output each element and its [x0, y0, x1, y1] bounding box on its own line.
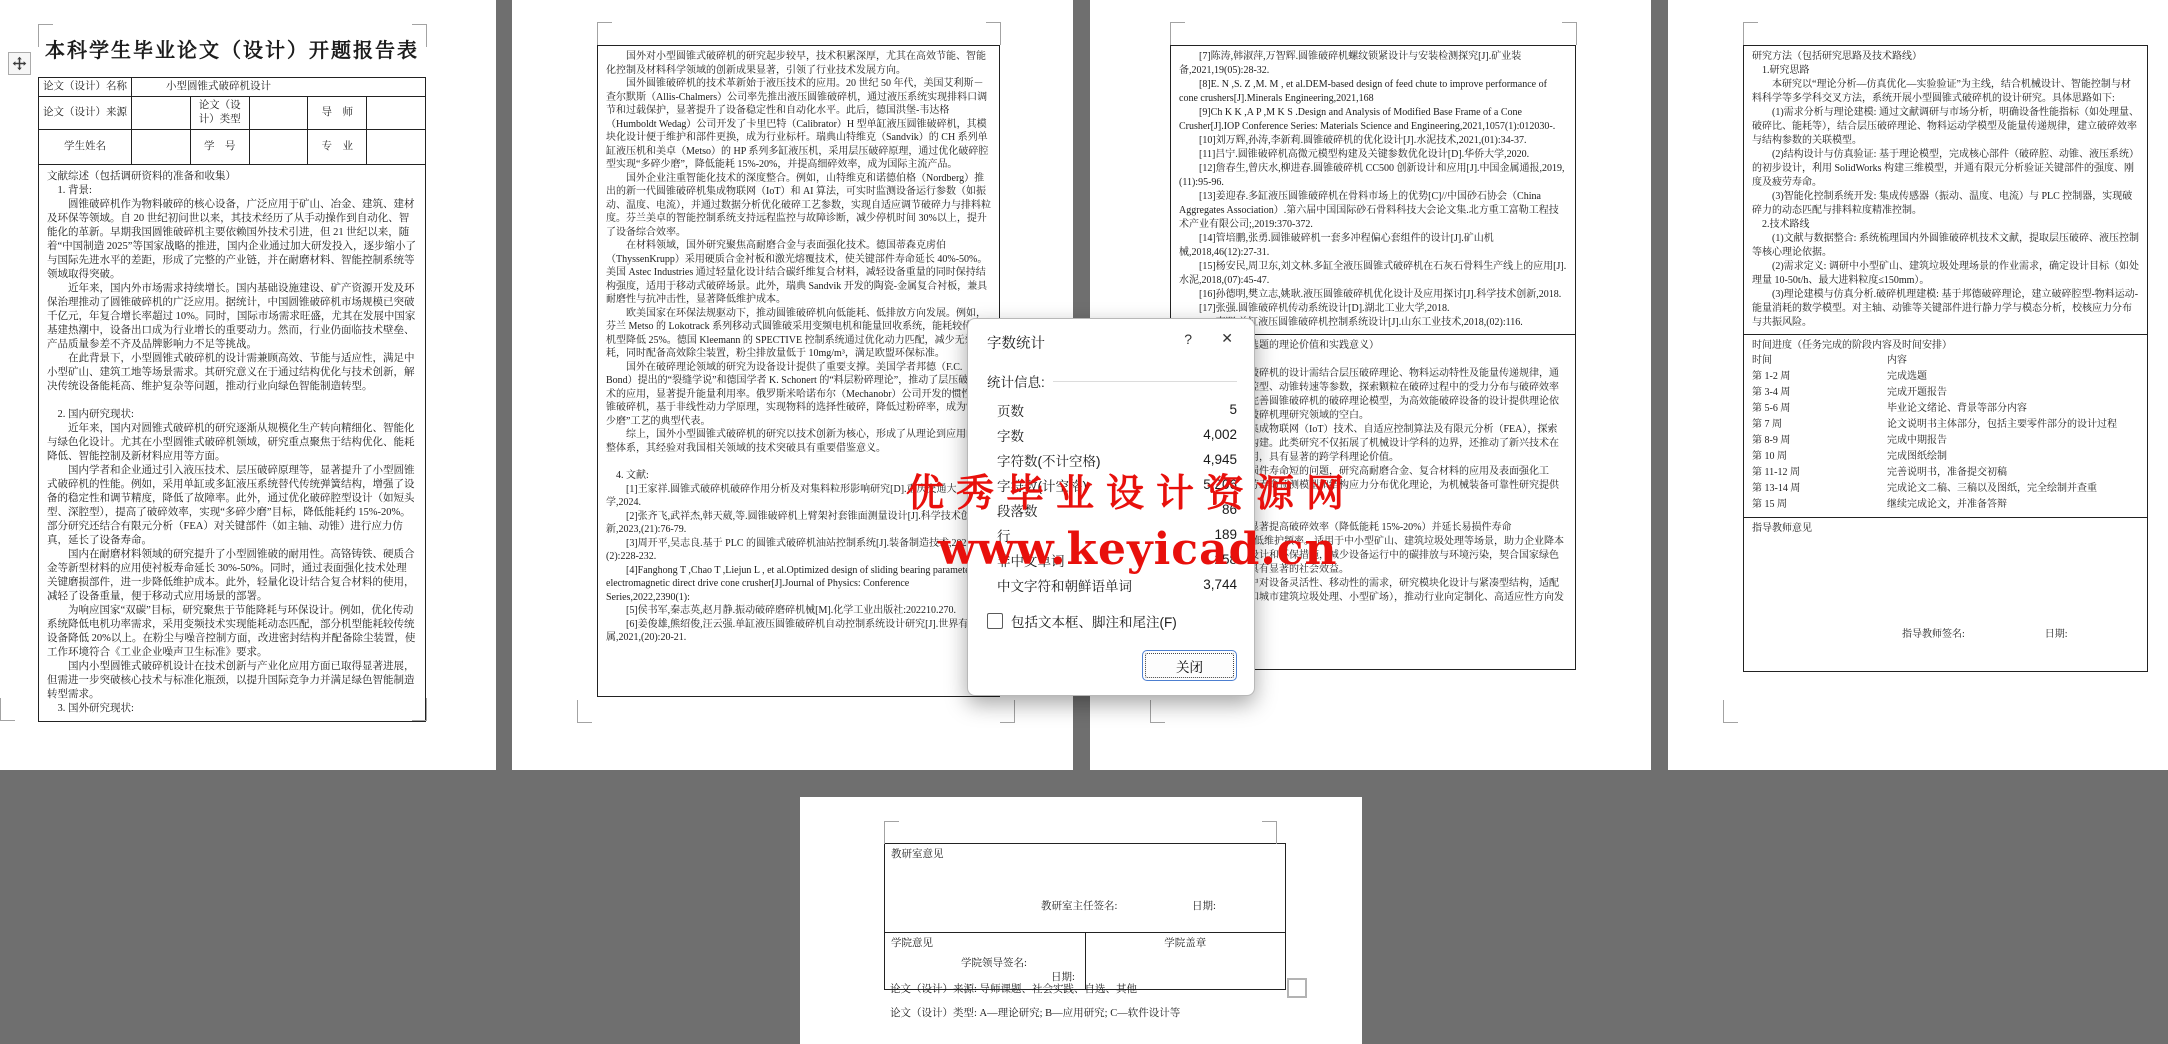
foreign-research-cell[interactable]: 国外对小型圆锥式破碎机的研究起步较早，技术积累深厚，尤其在高效节能、智能化控制及… [597, 45, 1000, 697]
close-button[interactable]: 关闭 [1142, 650, 1237, 681]
document-text-line: 为响应国家“双碳”目标，研究聚焦于节能降耗与环保设计。例如，优化传动系统降低电机… [47, 604, 417, 660]
document-text-line [1744, 517, 2147, 518]
col-c1: 第 13-14 周 [1752, 481, 1887, 497]
include-footnotes-option[interactable]: 包括文本框、脚注和尾注(F) [987, 611, 1177, 631]
col-c1: 第 10 周 [1752, 449, 1887, 465]
document-text-line: 3. 国外研究现状: [47, 702, 417, 716]
student-name-label: 学生姓名 [39, 130, 132, 165]
thesis-source-value[interactable] [132, 97, 191, 130]
col-c1: 第 5-6 周 [1752, 401, 1887, 417]
stat-value: 5 [1229, 402, 1237, 417]
document-text-line: (2)需求定义: 调研中小型矿山、建筑垃圾处理场景的作业需求，确定设计目标（如处… [1752, 260, 2139, 288]
document-text-line: 国外企业注重智能化技术的深度整合。例如，山特维克和诺德伯格（Nordberg）推… [606, 172, 991, 240]
thesis-name-value[interactable]: 小型圆锥式破碎机设计 [132, 78, 426, 97]
table-resize-handle[interactable] [1287, 978, 1307, 998]
college-sign-label: 学院领导签名: [961, 958, 1027, 969]
document-text-line: [16]孙德明,樊立志,姚耿.液压圆锥破碎机优化设计及应用探讨[J].科学技术创… [1179, 288, 1567, 302]
document-text-line: 2.技术路线 [1752, 218, 2139, 232]
margin-crop-mark [1562, 22, 1577, 45]
statistics-label: 统计信息: [987, 371, 1045, 391]
document-text-line: 第 3-4 周完成开题报告 [1752, 385, 2139, 401]
document-text-line: 第 11-12 周完善说明书，准备提交初稿 [1752, 465, 2139, 481]
document-text-line: 近年来，国内对圆锥式破碎机的研究逐渐从规模化生产转向精细化、智能化与绿色化设计。… [47, 422, 417, 464]
document-text-line: 国外圆锥破碎机的技术革新始于液压技术的应用。20 世纪 50 年代，美国艾利斯－… [606, 77, 991, 172]
document-text-line: (2)结构设计与仿真验证: 基于理论模型，完成核心部件（破碎腔、动锥、液压系统）… [1752, 148, 2139, 190]
col-c2: 继续完成论文，并准备答辩 [1887, 499, 2007, 510]
col-c2: 论文说明书主体部分，包括主要零件部分的设计过程 [1887, 419, 2117, 430]
document-text-line: [9]Ch K K ,A P ,M K S .Design and Analys… [1179, 106, 1567, 134]
office-date-label: 日期: [1192, 901, 1216, 912]
document-text-line: 近年来，国内外市场需求持续增长。国内基础设施建设、矿产资源开发及环保治理推动了圆… [47, 282, 417, 352]
close-icon[interactable]: ✕ [1221, 330, 1233, 347]
document-text-line: [14]管培鹏,张勇.圆锥破碎机一套多冲程偏心套组件的设计[J].矿山机械,20… [1179, 232, 1567, 260]
document-text-line: [5]侯书军,秦志英,赵月静.振动破碎磨碎机械[M].化学工业出版社:20221… [606, 604, 991, 618]
col-c1: 第 8-9 周 [1752, 433, 1887, 449]
document-text-line: [17]张强.圆锥破碎机传动系统设计[D].湖北工业大学,2018. [1179, 302, 1567, 316]
document-text-line: 第 5-6 周毕业论文绪论、背景等部分内容 [1752, 401, 2139, 417]
col-c2: 完成开题报告 [1887, 387, 1947, 398]
document-text-line: 欧美国家在环保法规驱动下，推动圆锥破碎机向低能耗、低排放方向发展。例如，芬兰 M… [606, 307, 991, 361]
margin-crop-mark [38, 24, 53, 47]
research-method-cell[interactable]: 研究方法（包括研究思路及技术路线）1.研究思路本研究以“理论分析—仿真优化—实验… [1743, 45, 2148, 672]
document-page-4: 研究方法（包括研究思路及技术路线）1.研究思路本研究以“理论分析—仿真优化—实验… [1668, 0, 2168, 770]
document-text-line: [10]刘万辉,孙涛,李新莉.圆锥破碎机的优化设计[J].水泥技术,2021,(… [1179, 134, 1567, 148]
margin-crop-mark [577, 700, 592, 723]
margin-crop-mark [1743, 22, 1758, 45]
literature-review-cell[interactable]: 文献综述（包括调研资料的准备和收集）1. 背景:圆锥破碎机作为物料破碎的核心设备… [39, 165, 426, 722]
statistic-row: 中文字符和朝鲜语单词3,744 [997, 572, 1237, 597]
stat-value: 3,744 [1203, 577, 1237, 592]
col-c1: 第 7 周 [1752, 417, 1887, 433]
document-text-line: 时间内容 [1752, 353, 2139, 369]
col-c1: 第 11-12 周 [1752, 465, 1887, 481]
document-text-line: 指导教师签名:日期: [1752, 628, 2139, 642]
checkbox-unchecked-icon[interactable] [987, 613, 1003, 629]
document-text-line: 第 7 周论文说明书主体部分，包括主要零件部分的设计过程 [1752, 417, 2139, 433]
document-text-line: 第 10 周完成图纸绘制 [1752, 449, 2139, 465]
thesis-type-label: 论文（设计）类型 [190, 97, 249, 130]
document-text-line: 国内学者和企业通过引入液压技术、层压破碎原理等，显著提升了小型圆锥式破碎机的性能… [47, 464, 417, 548]
college-opinion-label: 学院意见 [891, 937, 1079, 951]
document-text-line: 2. 国内研究现状: [47, 408, 417, 422]
col-c1: 指导教师签名: [1902, 629, 1965, 640]
col-c2: 内容 [1887, 355, 1907, 366]
major-label: 专 业 [308, 130, 367, 165]
document-text-line [1744, 334, 2147, 335]
statistics-section: 统计信息: [987, 371, 1237, 391]
table-move-handle[interactable] [8, 52, 31, 75]
checkbox-label: 包括文本框、脚注和尾注(F) [1011, 611, 1177, 631]
page-title: 本科学生毕业论文（设计）开题报告表 [38, 34, 426, 63]
thesis-source-label: 论文（设计）来源 [39, 97, 132, 130]
thesis-type-note: 论文（设计）类型: A—理论研究; B—应用研究; C—软件设计等 [890, 1005, 1180, 1020]
document-page-5: 教研室意见 教研室主任签名: 日期: 学院意见 学院领导签名: 日期: 学院盖章… [800, 797, 1362, 1044]
document-text-line: 圆锥破碎机作为物料破碎的核心设备，广泛应用于矿山、冶金、建筑、建材及环保等领域。… [47, 198, 417, 282]
stat-value: 4,002 [1203, 427, 1237, 442]
office-sign-label: 教研室主任签名: [1041, 901, 1117, 912]
move-arrows-icon [12, 56, 27, 71]
margin-crop-mark [884, 821, 899, 844]
document-text-line: 第 15 周继续完成论文，并准备答辩 [1752, 497, 2139, 513]
major-value[interactable] [367, 130, 426, 165]
col-c2: 毕业论文绪论、背景等部分内容 [1887, 403, 2027, 414]
document-text-line: (1)文献与数据整合: 系统梳理国内外圆锥破碎机技术文献，提取层压破碎、液压控制… [1752, 232, 2139, 260]
stat-label: 字数 [997, 425, 1024, 445]
stat-label: 页数 [997, 400, 1024, 420]
student-name-value[interactable] [132, 130, 191, 165]
proposal-form-table: 论文（设计）名称 小型圆锥式破碎机设计 论文（设计）来源 论文（设计）类型 导 … [38, 77, 426, 722]
office-opinion-label: 教研室意见 [891, 848, 1279, 862]
statistic-row: 页数5 [997, 397, 1237, 422]
document-text-line: 第 1-2 周完成选题 [1752, 369, 2139, 385]
advisor-value[interactable] [367, 97, 426, 130]
document-text-line: [12]詹春生,曾庆水,柳进春.圆锥破碎机 CC500 创新设计和应用[J].中… [1179, 162, 1567, 190]
document-text-line: 第 8-9 周完成中期报告 [1752, 433, 2139, 449]
document-text-line: 国外在破碎理论领域的研究为设备设计提供了重要支撑。美国学者邦德（F.C. Bon… [606, 361, 991, 429]
document-text-line: 1. 背景: [47, 184, 417, 198]
document-text-line: 国内在耐磨材料领域的研究提升了小型圆锥破的耐用性。高铬铸铁、硬质合金等新型材料的… [47, 548, 417, 604]
document-text-line [1752, 536, 2139, 628]
document-text-line: [3]周开平,吴志良.基于 PLC 的圆锥式破碎机油站控制系统[J].装备制造技… [606, 537, 991, 564]
document-text-line: 1.研究思路 [1752, 64, 2139, 78]
document-text-line: 指导教师意见 [1752, 522, 2139, 536]
document-text-line [47, 394, 417, 408]
document-page-1: 本科学生毕业论文（设计）开题报告表 论文（设计）名称 小型圆锥式破碎机设计 论文… [0, 0, 496, 770]
document-text-line: 在此背景下，小型圆锥式破碎机的设计需兼顾高效、节能与适应性，满足中小型矿山、建筑… [47, 352, 417, 394]
col-c1: 第 1-2 周 [1752, 369, 1887, 385]
document-text-line: (3)智能化控制系统开发: 集成传感器（振动、温度、电流）与 PLC 控制器，实… [1752, 190, 2139, 218]
watermark-text-cn: 优秀毕业设计资源网 [906, 462, 1356, 517]
document-text-line: [11]吕宁.圆锥破碎机高微元模型构建及关键参数优化设计[D].华侨大学,202… [1179, 148, 1567, 162]
stat-label: 中文字符和朝鲜语单词 [997, 575, 1132, 595]
document-text-line: 时间进度（任务完成的阶段内容及时间安排） [1752, 339, 2139, 353]
document-text-line: [15]杨安民,周卫东,刘文林.多缸全液压圆锥式破碎机在石灰石骨料生产线上的应用… [1179, 260, 1567, 288]
document-text-line: [4]Fanghong T ,Chao T ,Liejun L , et al.… [606, 564, 991, 605]
col-c2: 日期: [2045, 629, 2068, 640]
approval-table: 教研室意见 教研室主任签名: 日期: 学院意见 学院领导签名: 日期: 学院盖章 [884, 843, 1286, 990]
col-c2: 完成选题 [1887, 371, 1927, 382]
watermark-url: www.keyicad.cn [938, 524, 1337, 575]
document-text-line: [6]姜俊雄,熊绍俊,汪云强.单缸液压圆锥破碎机自动控制系统设计研究[J].世界… [606, 618, 991, 645]
margin-crop-mark [412, 24, 427, 47]
office-signature-line: 教研室主任签名: 日期: [891, 900, 1279, 914]
margin-crop-mark [986, 22, 1001, 45]
document-text-line: 研究方法（包括研究思路及技术路线） [1752, 50, 2139, 64]
document-text-line: (3)理论建模与仿真分析.破碎机理建模: 基于邦德破碎理论，建立破碎腔型-物料运… [1752, 288, 2139, 330]
margin-crop-mark [1723, 700, 1738, 723]
document-text-line: 在材料领域，国外研究聚焦高耐磨合金与表面强化技术。德国蒂森克虏伯（Thyssen… [606, 239, 991, 307]
col-c2: 完成图纸绘制 [1887, 451, 1947, 462]
document-text-line: (1)需求分析与理论建模: 通过文献调研与市场分析，明确设备性能指标（如处理量、… [1752, 106, 2139, 148]
margin-crop-mark [1000, 700, 1015, 723]
student-id-label: 学 号 [190, 130, 249, 165]
document-text-line: 综上，国外小型圆锥式破碎机的研究以技术创新为核心，形成了从理论到应用的完整体系，… [606, 428, 991, 455]
margin-crop-mark [412, 698, 427, 721]
advisor-label: 导 师 [308, 97, 367, 130]
margin-crop-mark [1262, 821, 1277, 844]
document-text-line: 文献综述（包括调研资料的准备和收集） [47, 170, 417, 184]
dialog-title: 字数统计 [987, 332, 1045, 353]
col-c2: 完成论文二稿、三稿以及图纸，完全绘制并查重 [1887, 483, 2097, 494]
col-c2: 完成中期报告 [1887, 435, 1947, 446]
office-opinion-cell[interactable]: 教研室意见 教研室主任签名: 日期: [885, 844, 1286, 933]
margin-crop-mark [1150, 700, 1165, 723]
margin-crop-mark [1170, 22, 1185, 45]
document-text-line: [7]陈涛,韩淑萍,万智辉.圆锥破碎机螺纹锁紧设计与安装检测探究[J].矿业装备… [1179, 50, 1567, 78]
document-text-line: 国内小型圆锥式破碎机设计在技术创新与产业化应用方面已取得显著进展，但需进一步突破… [47, 660, 417, 702]
margin-crop-mark [0, 698, 15, 721]
col-c1: 第 15 周 [1752, 497, 1887, 513]
col-c2: 完善说明书，准备提交初稿 [1887, 467, 2007, 478]
student-id-value[interactable] [249, 130, 308, 165]
thesis-source-note: 论文（设计）来源: 导师课题、社会实践、自选、其他 [890, 981, 1137, 996]
col-c1: 第 3-4 周 [1752, 385, 1887, 401]
thesis-name-label: 论文（设计）名称 [39, 78, 132, 97]
help-icon[interactable]: ? [1184, 331, 1192, 347]
document-text-line: 第 13-14 周完成论文二稿、三稿以及图纸，完全绘制并查重 [1752, 481, 2139, 497]
document-text-line: [13]姜迎春.多缸液压圆锥破碎机在骨料市场上的优势[C]//中国砂石协会（Ch… [1179, 190, 1567, 232]
document-text-line: 国外对小型圆锥式破碎机的研究起步较早，技术积累深厚，尤其在高效节能、智能化控制及… [606, 50, 991, 77]
section-divider [1053, 381, 1237, 382]
col-c1: 时间 [1752, 353, 1887, 369]
thesis-type-value[interactable] [249, 97, 308, 130]
statistic-row: 字数4,002 [997, 422, 1237, 447]
document-text-line: 本研究以“理论分析—仿真优化—实验验证”为主线，结合机械设计、智能控制与材料科学… [1752, 78, 2139, 106]
margin-crop-mark [597, 22, 612, 45]
document-text-line: [8]E. N ,S. Z ,M. M , et al.DEM-based de… [1179, 78, 1567, 106]
